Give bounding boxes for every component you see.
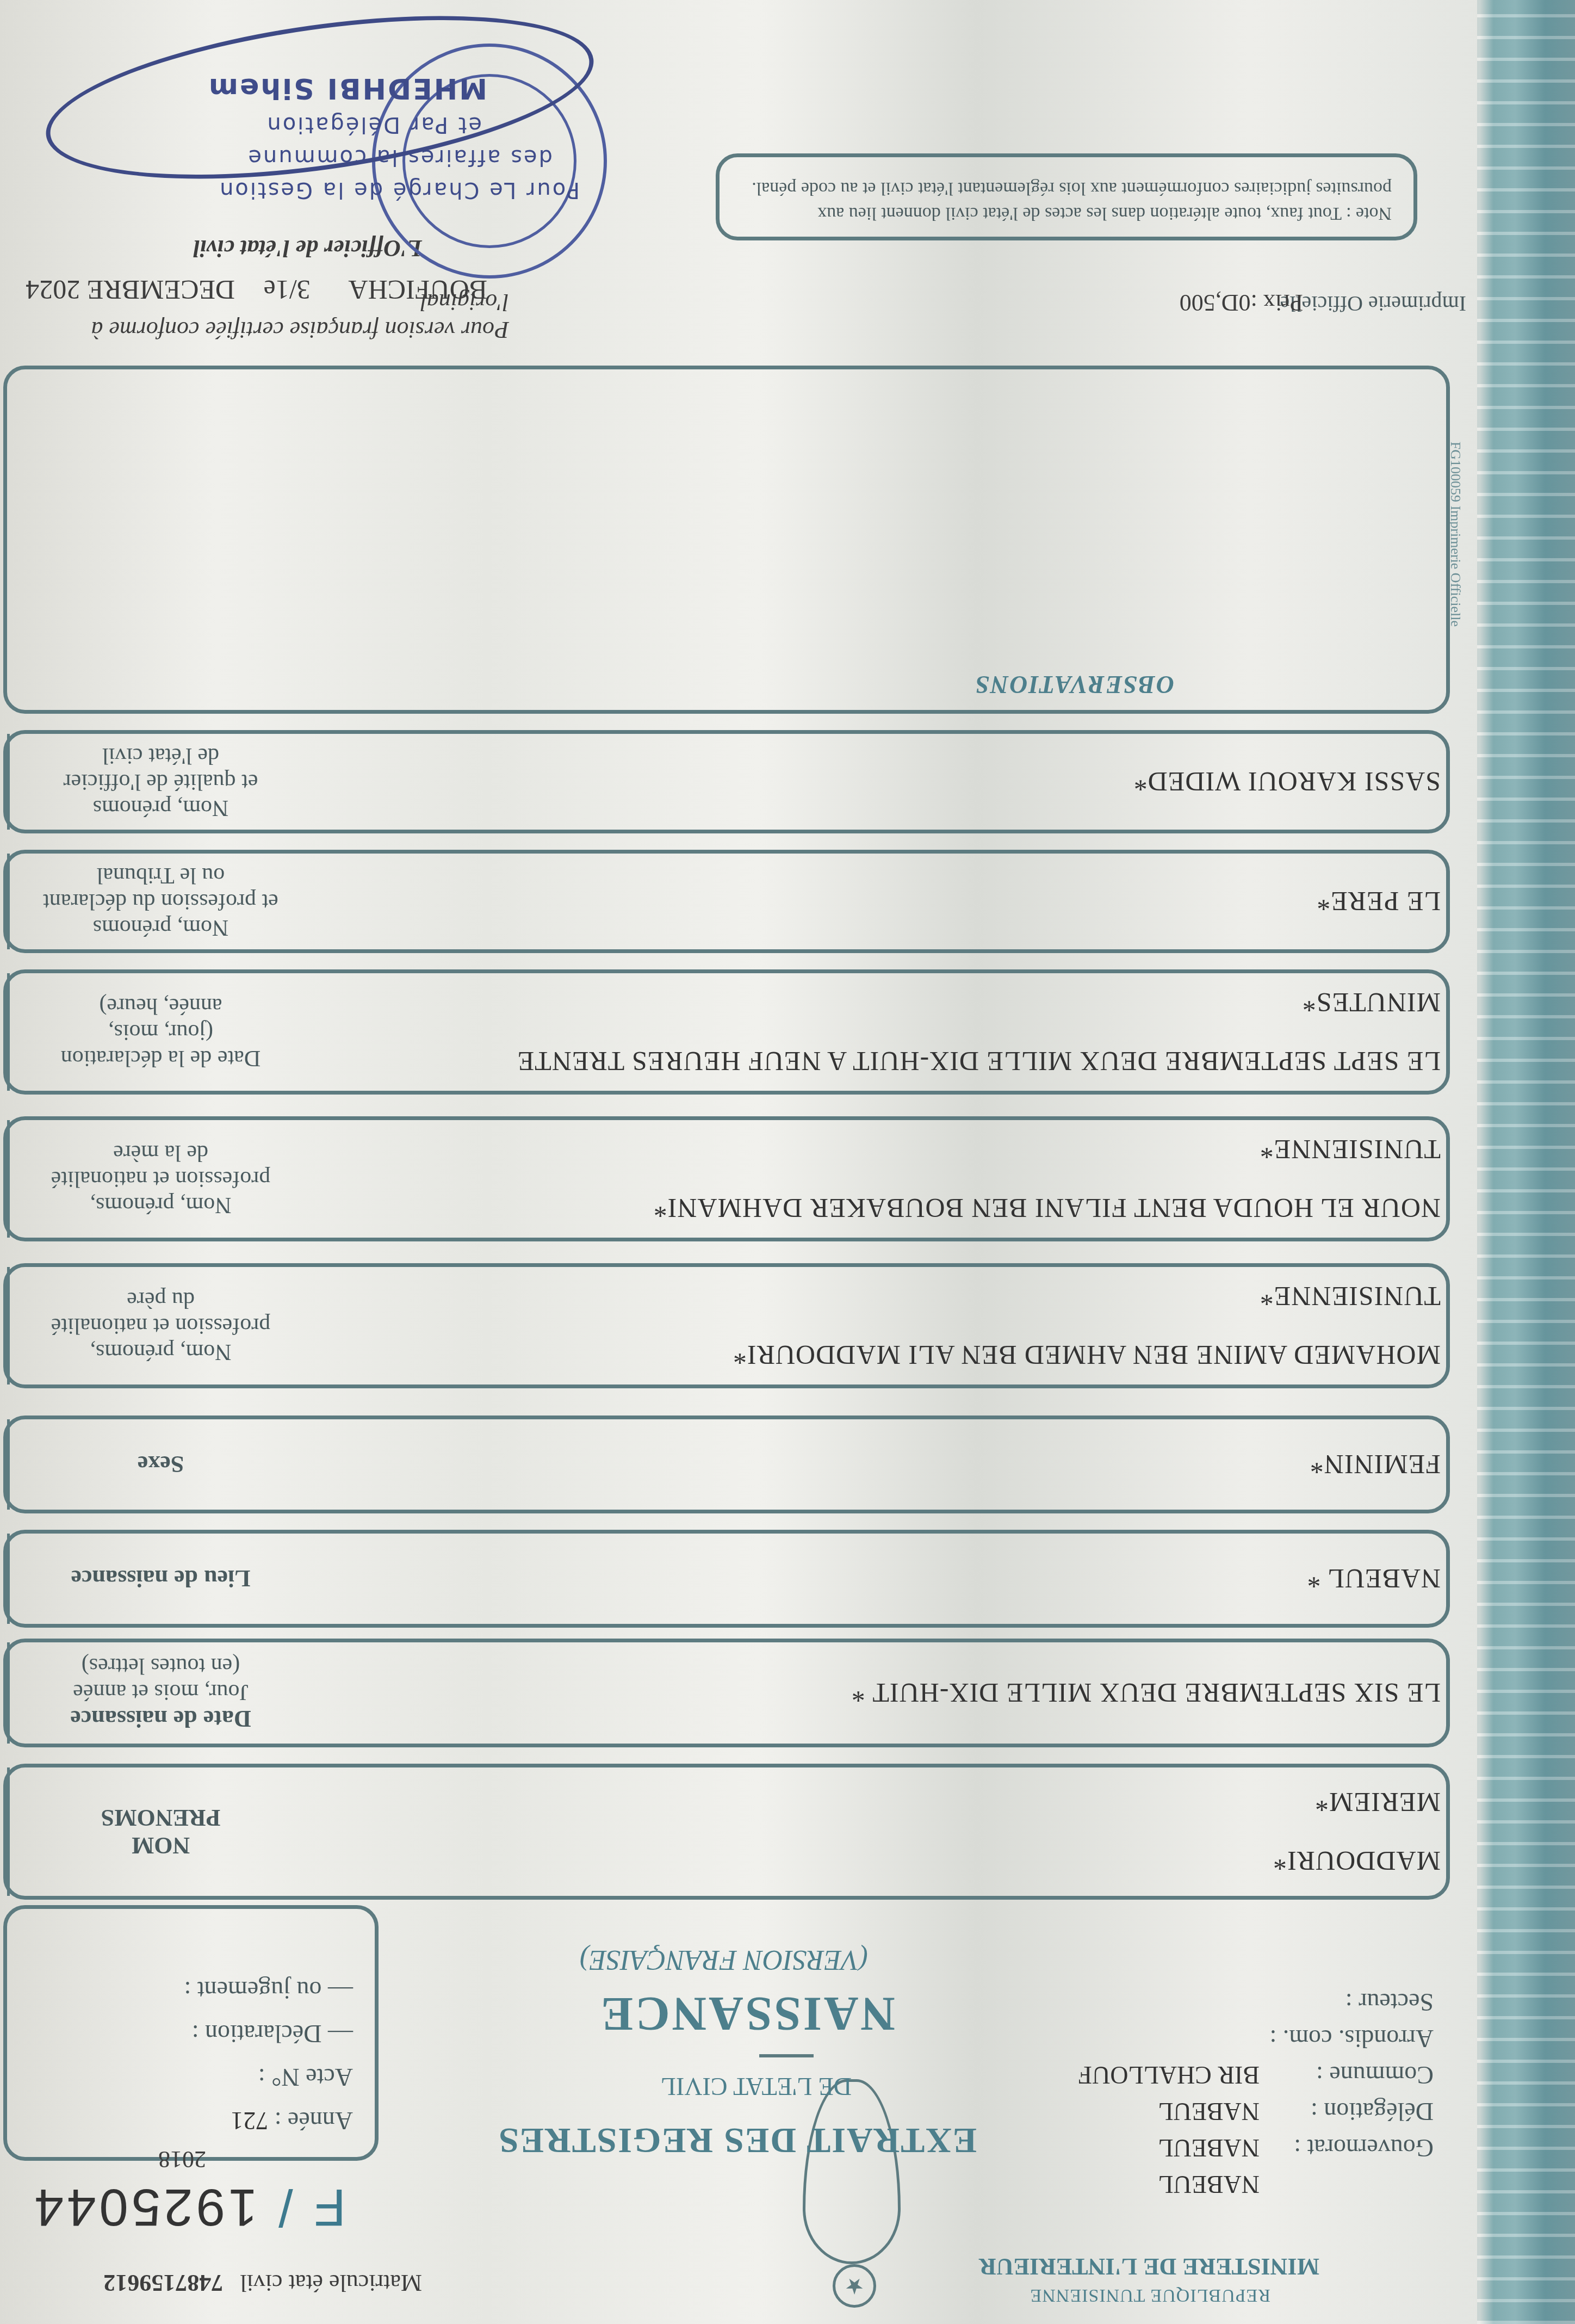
row-label-line: année, heure) xyxy=(99,993,222,1019)
row-value: MINUTES* xyxy=(317,987,1441,1018)
printer-label: Imprimerie Officielle xyxy=(1280,291,1466,317)
row-label-bold: PRENOMS xyxy=(101,1804,221,1832)
issue-date: DECEMBRE 2024 xyxy=(26,275,235,305)
acte-label: Acte N° : xyxy=(258,2063,353,2092)
row-label: Nom, prénomset profession du déclarantou… xyxy=(7,854,312,949)
version-label: (VERSION FRANÇAISE) xyxy=(580,1944,868,1976)
issue-date-row: BOUFICHA 3/1e DECEMBRE 2024 xyxy=(26,274,487,306)
row-label-line: Nom, prénoms, xyxy=(90,1339,231,1365)
row-label-line: du père xyxy=(127,1287,195,1313)
acte-number-value: 721 xyxy=(231,2107,268,2135)
row-label-line: Nom, prénoms xyxy=(93,795,229,821)
row-values: NABEUL * xyxy=(312,1534,1446,1624)
row-value: NOUR EL HOUDA BENT FILANI BEN BOUBAKER D… xyxy=(317,1192,1441,1224)
row-value: TUNISIENNE* xyxy=(317,1281,1441,1312)
legal-note-box: Note : Tout faux, toute altération dans … xyxy=(716,153,1417,240)
issue-place: BOUFICHA xyxy=(350,275,487,305)
row-label-line: Nom, prénoms xyxy=(93,914,229,941)
delegation-value: NABEUL xyxy=(1158,2097,1260,2126)
record-row: NABEUL *Lieu de naissance xyxy=(3,1530,1450,1628)
row-label-line: profession et nationalité xyxy=(51,1313,271,1339)
row-values: NOUR EL HOUDA BENT FILANI BEN BOUBAKER D… xyxy=(312,1120,1446,1238)
row-label-line: Jour, mois et année xyxy=(73,1679,249,1705)
row-label: Sexe xyxy=(7,1419,312,1510)
serial-prefix: F / xyxy=(275,2178,346,2236)
row-label-line: de la mère xyxy=(113,1140,208,1166)
region-value: NABEUL xyxy=(1158,2170,1260,2199)
serial-number: F / 1925044 xyxy=(32,2177,346,2237)
row-label-line: de l'état civil xyxy=(102,743,219,769)
secteur-label: Secteur : xyxy=(1345,1988,1434,2017)
row-label-line: et profession du déclarant xyxy=(43,888,278,914)
document-title: EXTRAIT DES REGISTRES xyxy=(498,2119,977,2161)
row-value: SASSI KAROUI WIDED* xyxy=(317,766,1441,798)
record-row: LE PERE*Nom, prénomset profession du déc… xyxy=(3,850,1450,953)
record-row: SASSI KAROUI WIDED*Nom, prénomset qualit… xyxy=(3,730,1450,833)
row-value: MERIEM* xyxy=(317,1787,1441,1818)
row-label: Nom, prénomset qualité de l'officierde l… xyxy=(7,734,312,830)
observations-title: OBSERVATIONS xyxy=(975,670,1174,699)
row-label-bold: Lieu de naissance xyxy=(71,1565,250,1593)
legal-note: Note : Tout faux, toute altération dans … xyxy=(741,176,1392,226)
row-values: SASSI KAROUI WIDED* xyxy=(312,734,1446,830)
row-label: Lieu de naissance xyxy=(7,1534,312,1624)
matricule-value: 748715961​2 xyxy=(103,2270,223,2296)
observations-box: OBSERVATIONS xyxy=(3,366,1450,714)
matricule-label: Matricule état civil xyxy=(240,2270,422,2296)
row-values: FEMININ* xyxy=(312,1419,1446,1510)
security-border-pattern xyxy=(1477,0,1575,2324)
row-value: LE PERE* xyxy=(317,886,1441,917)
registry-year: 2018 xyxy=(158,2146,206,2173)
row-values: MOHAMED AMINE BEN AHMED BEN ALI MADDOURI… xyxy=(312,1267,1446,1384)
row-label-line: (jour, mois, xyxy=(108,1019,213,1045)
row-value: LE SEPT SEPTEMBRE DEUX MILLE DIX-HUIT A … xyxy=(317,1046,1441,1077)
row-values: LE SEPT SEPTEMBRE DEUX MILLE DIX-HUIT A … xyxy=(312,973,1446,1091)
record-row: MOHAMED AMINE BEN AHMED BEN ALI MADDOURI… xyxy=(3,1263,1450,1388)
row-value: MADDOURI* xyxy=(317,1845,1441,1877)
row-value: FEMININ* xyxy=(317,1449,1441,1480)
serial-value: 1925044 xyxy=(32,2178,258,2236)
price-label: Prix :0D,500 xyxy=(1180,289,1303,317)
row-label-line: profession et nationalité xyxy=(51,1166,271,1192)
row-label-bold: NOM xyxy=(132,1832,190,1859)
row-label-line: ou le Tribunal xyxy=(97,862,225,888)
commune-label: Commune : xyxy=(1260,2061,1434,2090)
row-values: LE SIX SEPTEMBRE DEUX MILLE DIX-HUIT * xyxy=(312,1642,1446,1744)
row-label-line: (en toutes lettres) xyxy=(82,1653,240,1679)
issue-day: 3/1e xyxy=(264,275,311,305)
row-label: Date de naissanceJour, mois et année(en … xyxy=(7,1642,312,1744)
delegation-label: Délégation : xyxy=(1260,2097,1434,2126)
annee-label: Année : xyxy=(275,2107,353,2135)
row-label-line: Date de la déclaration xyxy=(61,1045,261,1071)
record-row: MADDOURI*MERIEM*NOMPRENOMS xyxy=(3,1764,1450,1900)
document-subtitle: DE L'ETAT CIVIL xyxy=(661,2072,852,2101)
row-label-bold: Sexe xyxy=(138,1451,184,1479)
naissance-title: NAISSANCE xyxy=(599,1986,895,2041)
star-crescent-icon: ★ xyxy=(833,2264,876,2308)
officer-title: L'Officier de l'état civil xyxy=(193,234,422,262)
row-value: TUNISIENNE* xyxy=(317,1134,1441,1165)
title-divider xyxy=(759,2054,814,2057)
record-row: NOUR EL HOUDA BENT FILANI BEN BOUBAKER D… xyxy=(3,1116,1450,1241)
gouvernorat-label: Gouvernorat : xyxy=(1260,2134,1434,2162)
ministry-label: MINISTERE DE L'INTERIEUR xyxy=(979,2253,1319,2280)
row-values: LE PERE* xyxy=(312,854,1446,949)
declaration-label: — Déclaration : xyxy=(192,2019,353,2048)
document-page: FG100059 Imprimerie Officielle REPUBLIQU… xyxy=(0,0,1575,2324)
row-label-line: Nom, prénoms, xyxy=(90,1192,231,1218)
row-label: Nom, prénoms,profession et nationalitéde… xyxy=(7,1120,312,1238)
arrondis-label: Arrondis. com. : xyxy=(1269,2024,1434,2053)
row-value: MOHAMED AMINE BEN AHMED BEN ALI MADDOURI… xyxy=(317,1339,1441,1371)
row-label-line: et qualité de l'officier xyxy=(64,769,258,795)
record-row: FEMININ*Sexe xyxy=(3,1416,1450,1513)
jugement-label: — ou jugement : xyxy=(184,1976,353,2005)
gouvernorat-value: NABEUL xyxy=(1158,2134,1260,2162)
row-value: LE SIX SEPTEMBRE DEUX MILLE DIX-HUIT * xyxy=(317,1677,1441,1709)
record-row: LE SIX SEPTEMBRE DEUX MILLE DIX-HUIT *Da… xyxy=(3,1639,1450,1747)
row-label: Nom, prénoms,profession et nationalitédu… xyxy=(7,1267,312,1384)
row-label: Date de la déclaration(jour, mois,année,… xyxy=(7,973,312,1091)
row-label-bold: Date de naissance xyxy=(70,1705,251,1733)
record-row: LE SEPT SEPTEMBRE DEUX MILLE DIX-HUIT A … xyxy=(3,969,1450,1095)
matricule-row: Matricule état civil 748715961​2 xyxy=(103,2269,422,2297)
row-label: NOMPRENOMS xyxy=(7,1767,312,1896)
row-value: NABEUL * xyxy=(317,1563,1441,1594)
republic-label: REPUBLIQUE TUNISIENNE xyxy=(1030,2285,1270,2306)
registry-box: 2018 Année : 721 Acte N° : — Déclaration… xyxy=(3,1905,379,2161)
row-values: MADDOURI*MERIEM* xyxy=(312,1767,1446,1896)
stamp-line-1: Pour Le Chargé de la Gestion xyxy=(218,177,580,202)
commune-value: BIR CHALLOUF xyxy=(1078,2061,1260,2090)
location-block: NABEUL Gouvernorat :NABEUL Délégation :N… xyxy=(944,1988,1434,2199)
